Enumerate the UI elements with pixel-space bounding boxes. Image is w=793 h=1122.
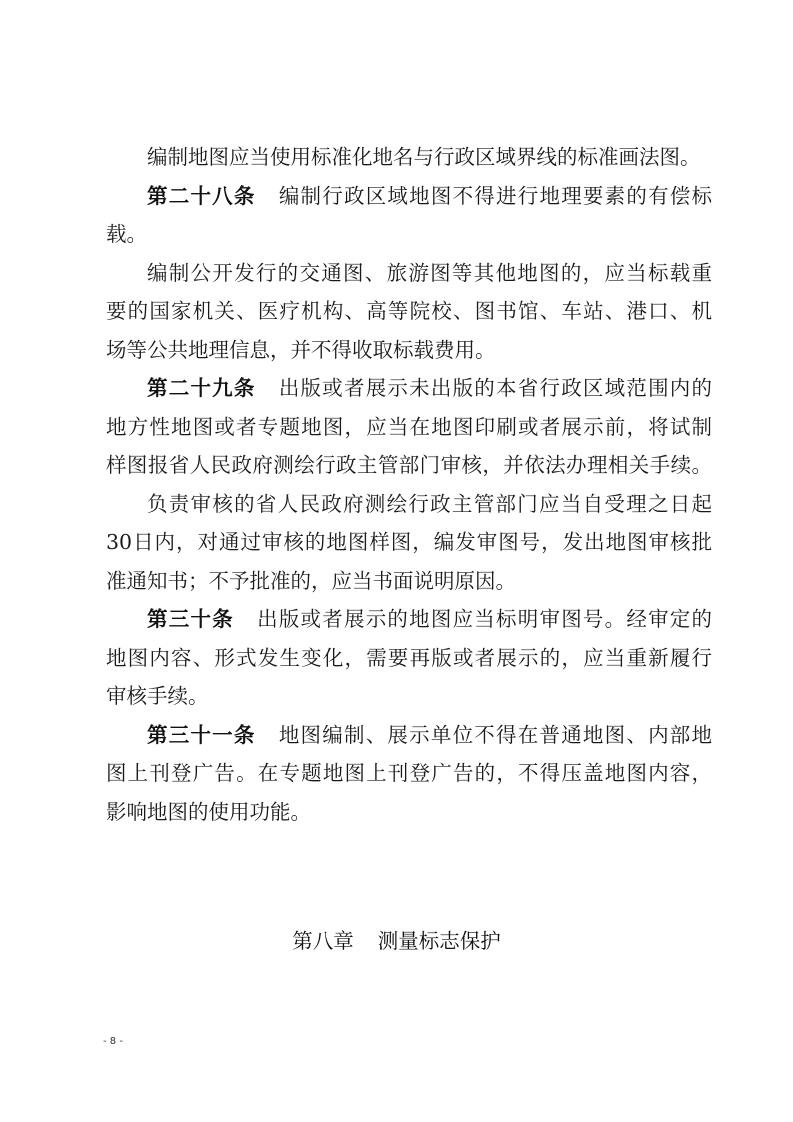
paragraph-line: 编制公开发行的交通图、旅游图等其他地图的，应当标载重 (106, 254, 712, 293)
article-number: 第二十九条 (147, 376, 256, 400)
paragraph-line: 要的国家机关、医疗机构、高等院校、图书馆、车站、港口、机 (106, 292, 712, 331)
chapter-number: 第八章 (292, 929, 354, 953)
article-30-line: 第三十条出版或者展示的地图应当标明审图号。经审定的 (106, 600, 712, 639)
paragraph-line: 样图报省人民政府测绘行政主管部门审核，并依法办理相关手续。 (106, 446, 712, 485)
paragraph-line: 地方性地图或者专题地图，应当在地图印刷或者展示前，将试制 (106, 408, 712, 447)
line-text: 场等公共地理信息，并不得收取标载费用。 (106, 338, 496, 362)
article-29-line: 第二十九条出版或者展示未出版的本省行政区域范围内的 (106, 369, 712, 408)
article-number: 第三十条 (147, 607, 234, 631)
chapter-heading: 第八章测量标志保护 (0, 922, 793, 960)
line-text: 编制地图应当使用标准化地名与行政区域界线的标准画法图。 (147, 145, 701, 169)
line-text: 图上刊登广告。在专题地图上刊登广告的，不得压盖地图内容， (106, 761, 712, 785)
document-page: 编制地图应当使用标准化地名与行政区域界线的标准画法图。 第二十八条编制行政区域地… (0, 0, 793, 1122)
article-28-line: 第二十八条编制行政区域地图不得进行地理要素的有偿标 (106, 177, 712, 216)
line-text: 地方性地图或者专题地图，应当在地图印刷或者展示前，将试制 (106, 415, 712, 439)
line-text: 地图编制、展示单位不得在普通地图、内部地 (278, 723, 712, 747)
paragraph-line: 图上刊登广告。在专题地图上刊登广告的，不得压盖地图内容， (106, 754, 712, 793)
paragraph-line: 载。 (106, 215, 712, 254)
paragraph-line: 负责审核的省人民政府测绘行政主管部门应当自受理之日起 (106, 485, 712, 524)
article-31-line: 第三十一条地图编制、展示单位不得在普通地图、内部地 (106, 716, 712, 755)
line-text: 影响地图的使用功能。 (106, 800, 311, 824)
chapter-title: 测量标志保护 (378, 929, 501, 953)
line-text: 出版或者展示未出版的本省行政区域范围内的 (278, 376, 712, 400)
line-text: 载。 (106, 222, 147, 246)
line-text: 编制公开发行的交通图、旅游图等其他地图的，应当标载重 (147, 261, 712, 285)
article-number: 第三十一条 (147, 723, 256, 747)
page-number: - 8 - (103, 1036, 123, 1047)
line-text: 地图内容、形式发生变化，需要再版或者展示的，应当重新履行 (106, 646, 712, 670)
line-text: 编制行政区域地图不得进行地理要素的有偿标 (278, 184, 712, 208)
paragraph-line: 审核手续。 (106, 677, 712, 716)
line-text: 样图报省人民政府测绘行政主管部门审核，并依法办理相关手续。 (106, 453, 712, 477)
paragraph-line: 地图内容、形式发生变化，需要再版或者展示的，应当重新履行 (106, 639, 712, 678)
paragraph-line: 编制地图应当使用标准化地名与行政区域界线的标准画法图。 (106, 138, 712, 177)
paragraph-line: 30日内，对通过审核的地图样图，编发审图号，发出地图审核批 (106, 523, 712, 562)
document-body: 编制地图应当使用标准化地名与行政区域界线的标准画法图。 第二十八条编制行政区域地… (106, 138, 712, 831)
paragraph-line: 影响地图的使用功能。 (106, 793, 712, 832)
line-text: 30日内，对通过审核的地图样图，编发审图号，发出地图审核批 (106, 530, 712, 554)
line-text: 准通知书；不予批准的，应当书面说明原因。 (106, 569, 516, 593)
article-number: 第二十八条 (147, 184, 256, 208)
line-text: 审核手续。 (106, 684, 209, 708)
paragraph-line: 场等公共地理信息，并不得收取标载费用。 (106, 331, 712, 370)
line-text: 出版或者展示的地图应当标明审图号。经审定的 (256, 607, 712, 631)
line-text: 负责审核的省人民政府测绘行政主管部门应当自受理之日起 (147, 492, 712, 516)
line-text: 要的国家机关、医疗机构、高等院校、图书馆、车站、港口、机 (106, 299, 712, 323)
paragraph-line: 准通知书；不予批准的，应当书面说明原因。 (106, 562, 712, 601)
